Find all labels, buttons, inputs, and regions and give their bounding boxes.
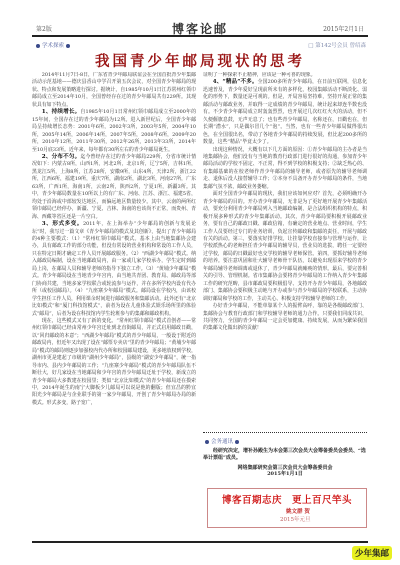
paragraph: 现在，这些模式又有了新的变化。“常州红领巾邮局”模式首创者——常州红领巾邮局已经…: [32, 318, 196, 407]
section-heading: 3、形式多变。: [42, 221, 83, 227]
column-tag: 学术探索: [34, 41, 72, 49]
greeting-date: 2015年元旦: [280, 515, 311, 523]
paragraph: 2014年11月7日-8日，广东省青少年邮局联谊会在全国首批青少年集邮活动示范基…: [32, 72, 196, 109]
bullet-icon: [36, 44, 40, 48]
section-heading: 2、分布不匀。: [42, 154, 81, 160]
notice-date: 2015年1月1日: [203, 471, 367, 477]
section-heading: 1、持续增长。: [42, 109, 81, 115]
footer-rule: [32, 541, 368, 543]
notice-body: 经研究决定，增补孙殿生为本会第三次会员大会筹备委员会委员、“选举计票组”成员。: [203, 448, 367, 462]
subheader: 学术探索 □ 第142号会员 曾绍森: [32, 41, 368, 49]
section-heading: 4、“精品”不多。: [213, 79, 258, 85]
paragraph: 4、“精品”不多。全国200多所青少年邮局，在日前互联网，信息化迅速普及，青少年…: [203, 79, 367, 146]
page-header: 第2版 博客论邮 2015年2月1日: [32, 22, 368, 34]
paragraph: 办好青少年邮局，不能单靠某个人的振臂高呼，靠的是各级邮政部门、集邮协会与教育行政…: [203, 303, 367, 333]
bullet-icon: [66, 44, 70, 48]
author-line: □ 第142号会员 曾绍森: [308, 41, 366, 49]
dotted-divider: [203, 432, 367, 433]
paragraph: 出现这种情况，大概有以下几方面的原因：①青少年邮局的主办者是当地集邮协会，他们没…: [203, 147, 367, 192]
paragraph: 1、持续增长。自1985年10月1日常州红领巾邮局成立至2000年的15年间，全…: [32, 109, 196, 154]
greeting-box: 博客百期志庆 更上百尺竿头 姚文群 贺 2015年元旦: [207, 488, 367, 528]
bullet-icon: [235, 440, 239, 444]
paragraph: 2、分布不匀。迄今曾经存在过的青少年邮局229所，分省市统计情况如下：内蒙古8所…: [32, 154, 196, 221]
greeting-headline: 博客百期志庆 更上百尺竿头: [208, 492, 366, 506]
paragraph: 3、形式多变。2011年，在上海举办“少年邮局的创新与发展论坛”时，我写过一篇文…: [32, 221, 196, 318]
article-title: 我国青少年邮局现状的思考: [0, 50, 400, 71]
greeting-signature: 姚文群 贺: [286, 507, 310, 515]
notice-section: 会务通讯 经研究决定，增补孙殿生为本会第三次会员大会筹备委员会委员、“选举计票组…: [203, 437, 367, 477]
issue-date: 2015年2月1日: [323, 24, 364, 33]
article-column-right: 证明了一种探索不止精神，应该是一种可喜的现象。 4、“精品”不多。全国200多所…: [203, 72, 367, 432]
article-column-left: 2014年11月7日-8日，广东省青少年邮局联谊会在全国首批青少年集邮活动示范基…: [32, 72, 196, 537]
footer-logo: 少年集邮: [352, 546, 392, 560]
paragraph: 面对全国青少年邮局的现状，我们应该如何应对？首先，必须明确开办青少年邮局的目的。…: [203, 191, 367, 303]
header-rule: [32, 35, 368, 37]
notice-column-tag: 会务通讯: [203, 437, 367, 445]
bullet-icon: [205, 440, 209, 444]
